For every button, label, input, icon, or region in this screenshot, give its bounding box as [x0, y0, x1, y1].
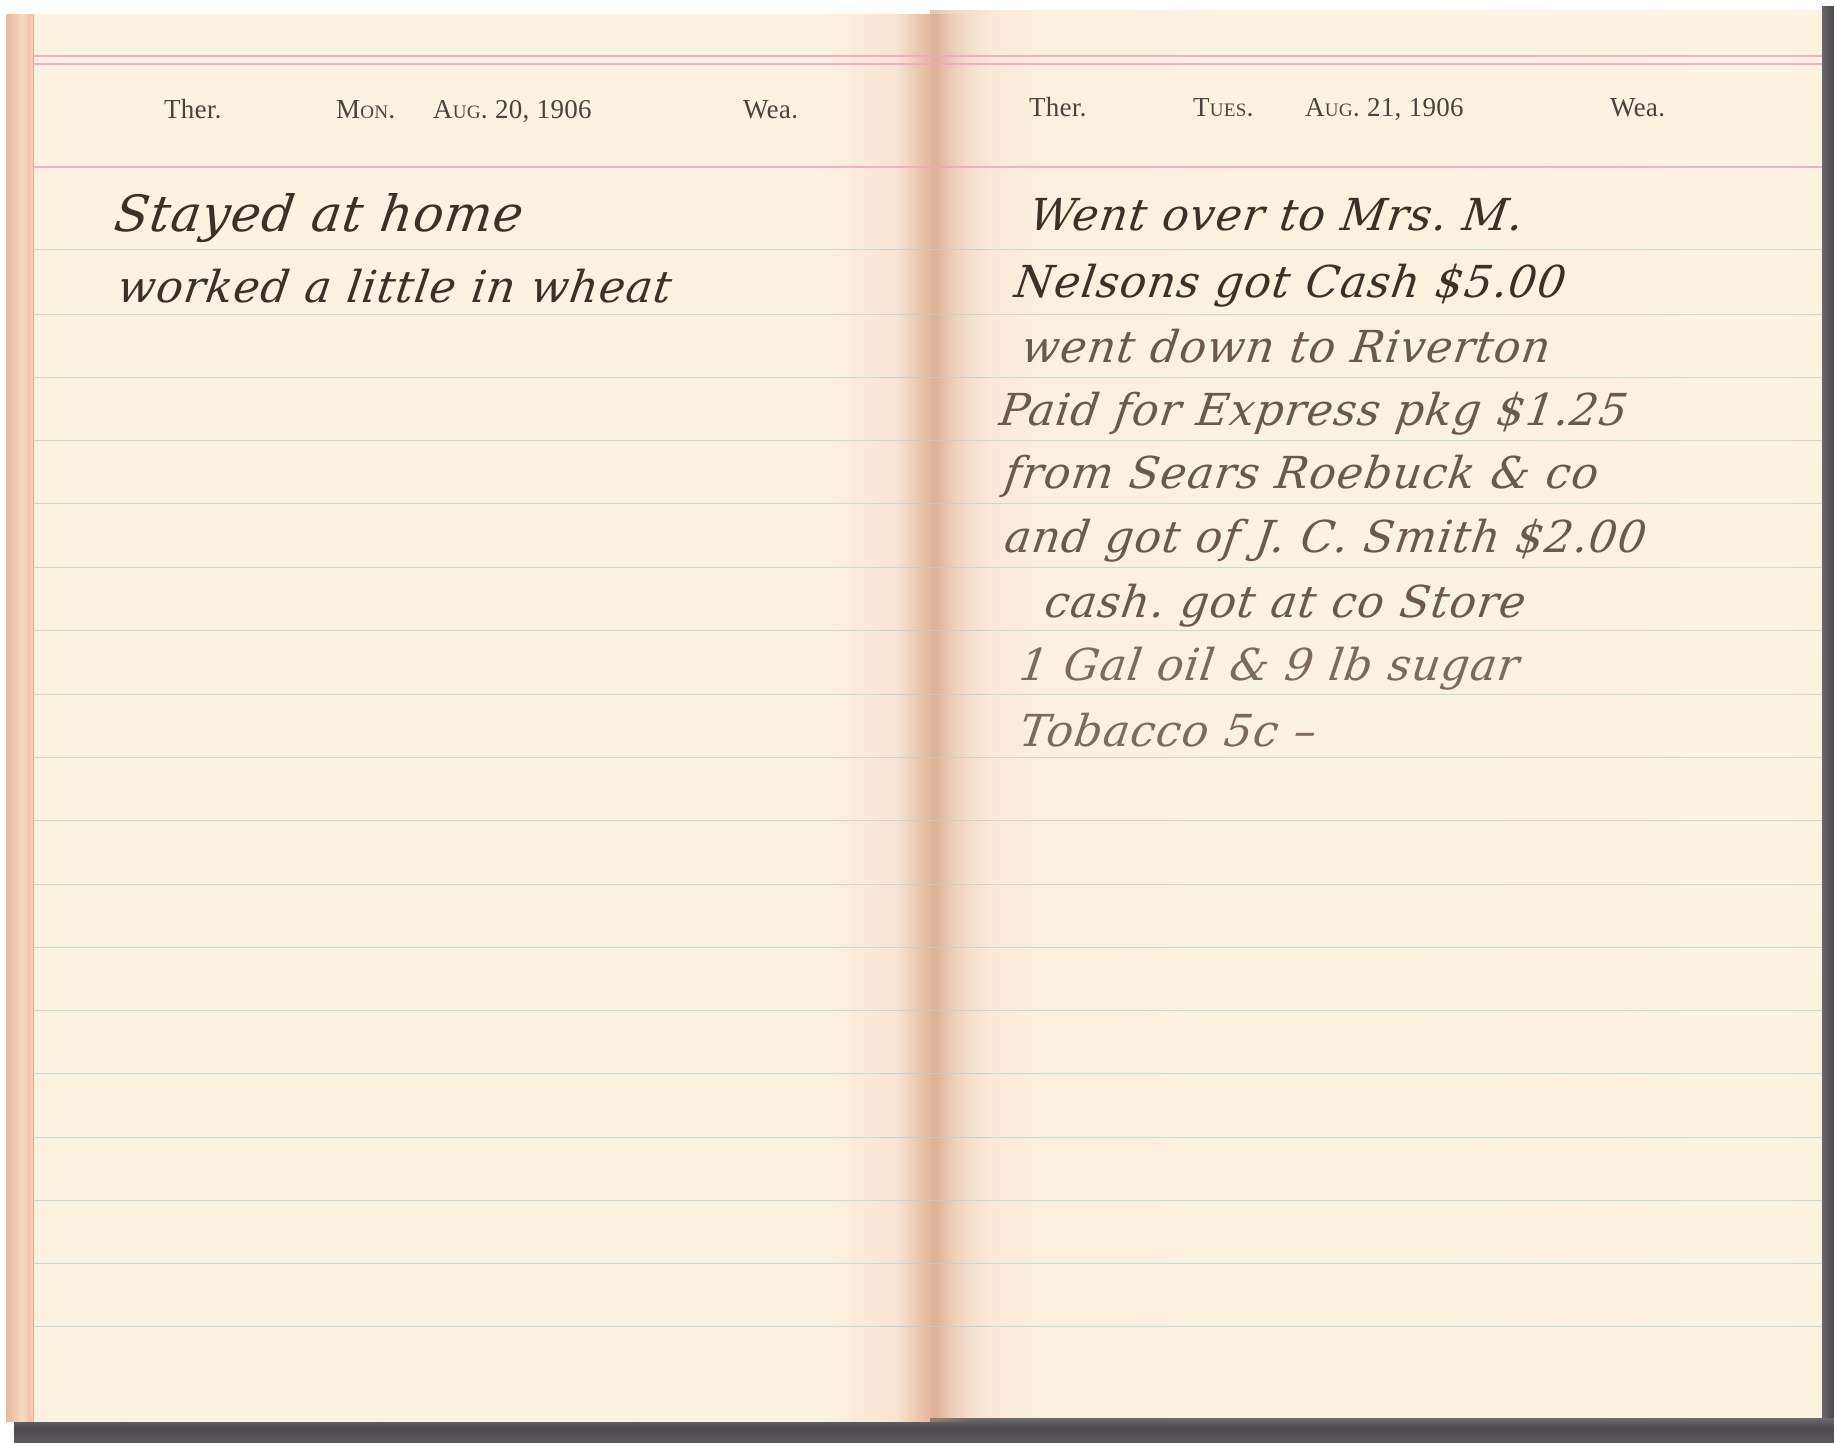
ruled-line [34, 249, 1822, 250]
book-gutter [900, 14, 970, 1422]
ruled-line [34, 820, 1822, 821]
ruled-line [34, 630, 1822, 631]
day-label: Mon. [336, 94, 395, 125]
book-cover-edge-right [1822, 6, 1834, 1436]
ruled-line [34, 1263, 1822, 1264]
ruled-line [34, 314, 1822, 315]
ruled-line [34, 1073, 1822, 1074]
day-label: Tues. [1193, 92, 1254, 123]
ruled-line [34, 1137, 1822, 1138]
wea-label: Wea. [743, 94, 798, 125]
date-label: Aug. 21, 1906 [1305, 92, 1464, 123]
ruled-line [34, 1326, 1822, 1327]
header-rule-bottom [34, 166, 1822, 168]
entry-line: cash. got at co Store [1041, 577, 1530, 628]
entry-line: Stayed at home [111, 185, 528, 243]
page-fore-edge [6, 14, 34, 1422]
entry-line: and got of J. C. Smith $2.00 [1001, 512, 1650, 563]
ruled-line [34, 567, 1822, 568]
ther-label: Ther. [164, 94, 222, 125]
ruled-line [34, 1010, 1822, 1011]
header-rule-top [34, 55, 1822, 57]
ruled-line [34, 947, 1822, 948]
ruled-line [34, 503, 1822, 504]
entry-line: from Sears Roebuck & co [1001, 448, 1602, 499]
wea-label: Wea. [1610, 92, 1665, 123]
entry-line: went down to Riverton [1018, 322, 1554, 373]
ruled-line [34, 377, 1822, 378]
ruled-line [34, 884, 1822, 885]
ruled-line [34, 440, 1822, 441]
entry-line: 1 Gal oil & 9 lb sugar [1016, 640, 1523, 691]
ruled-line [34, 694, 1822, 695]
entry-line: Paid for Express pkg $1.25 [996, 385, 1631, 436]
entry-line: Nelsons got Cash $5.00 [1011, 257, 1570, 308]
entry-line: Went over to Mrs. M. [1026, 190, 1527, 241]
ther-label: Ther. [1029, 92, 1087, 123]
date-label: Aug. 20, 1906 [433, 94, 592, 125]
open-diary: Ther. Mon. Aug. 20, 1906 Wea. Ther. Tues… [0, 0, 1834, 1443]
header-rule-top-double [34, 63, 1822, 65]
entry-line: Tobacco 5c – [1016, 706, 1320, 757]
ruled-line [34, 757, 1822, 758]
ruled-line [34, 1200, 1822, 1201]
entry-line: worked a little in wheat [114, 262, 675, 313]
